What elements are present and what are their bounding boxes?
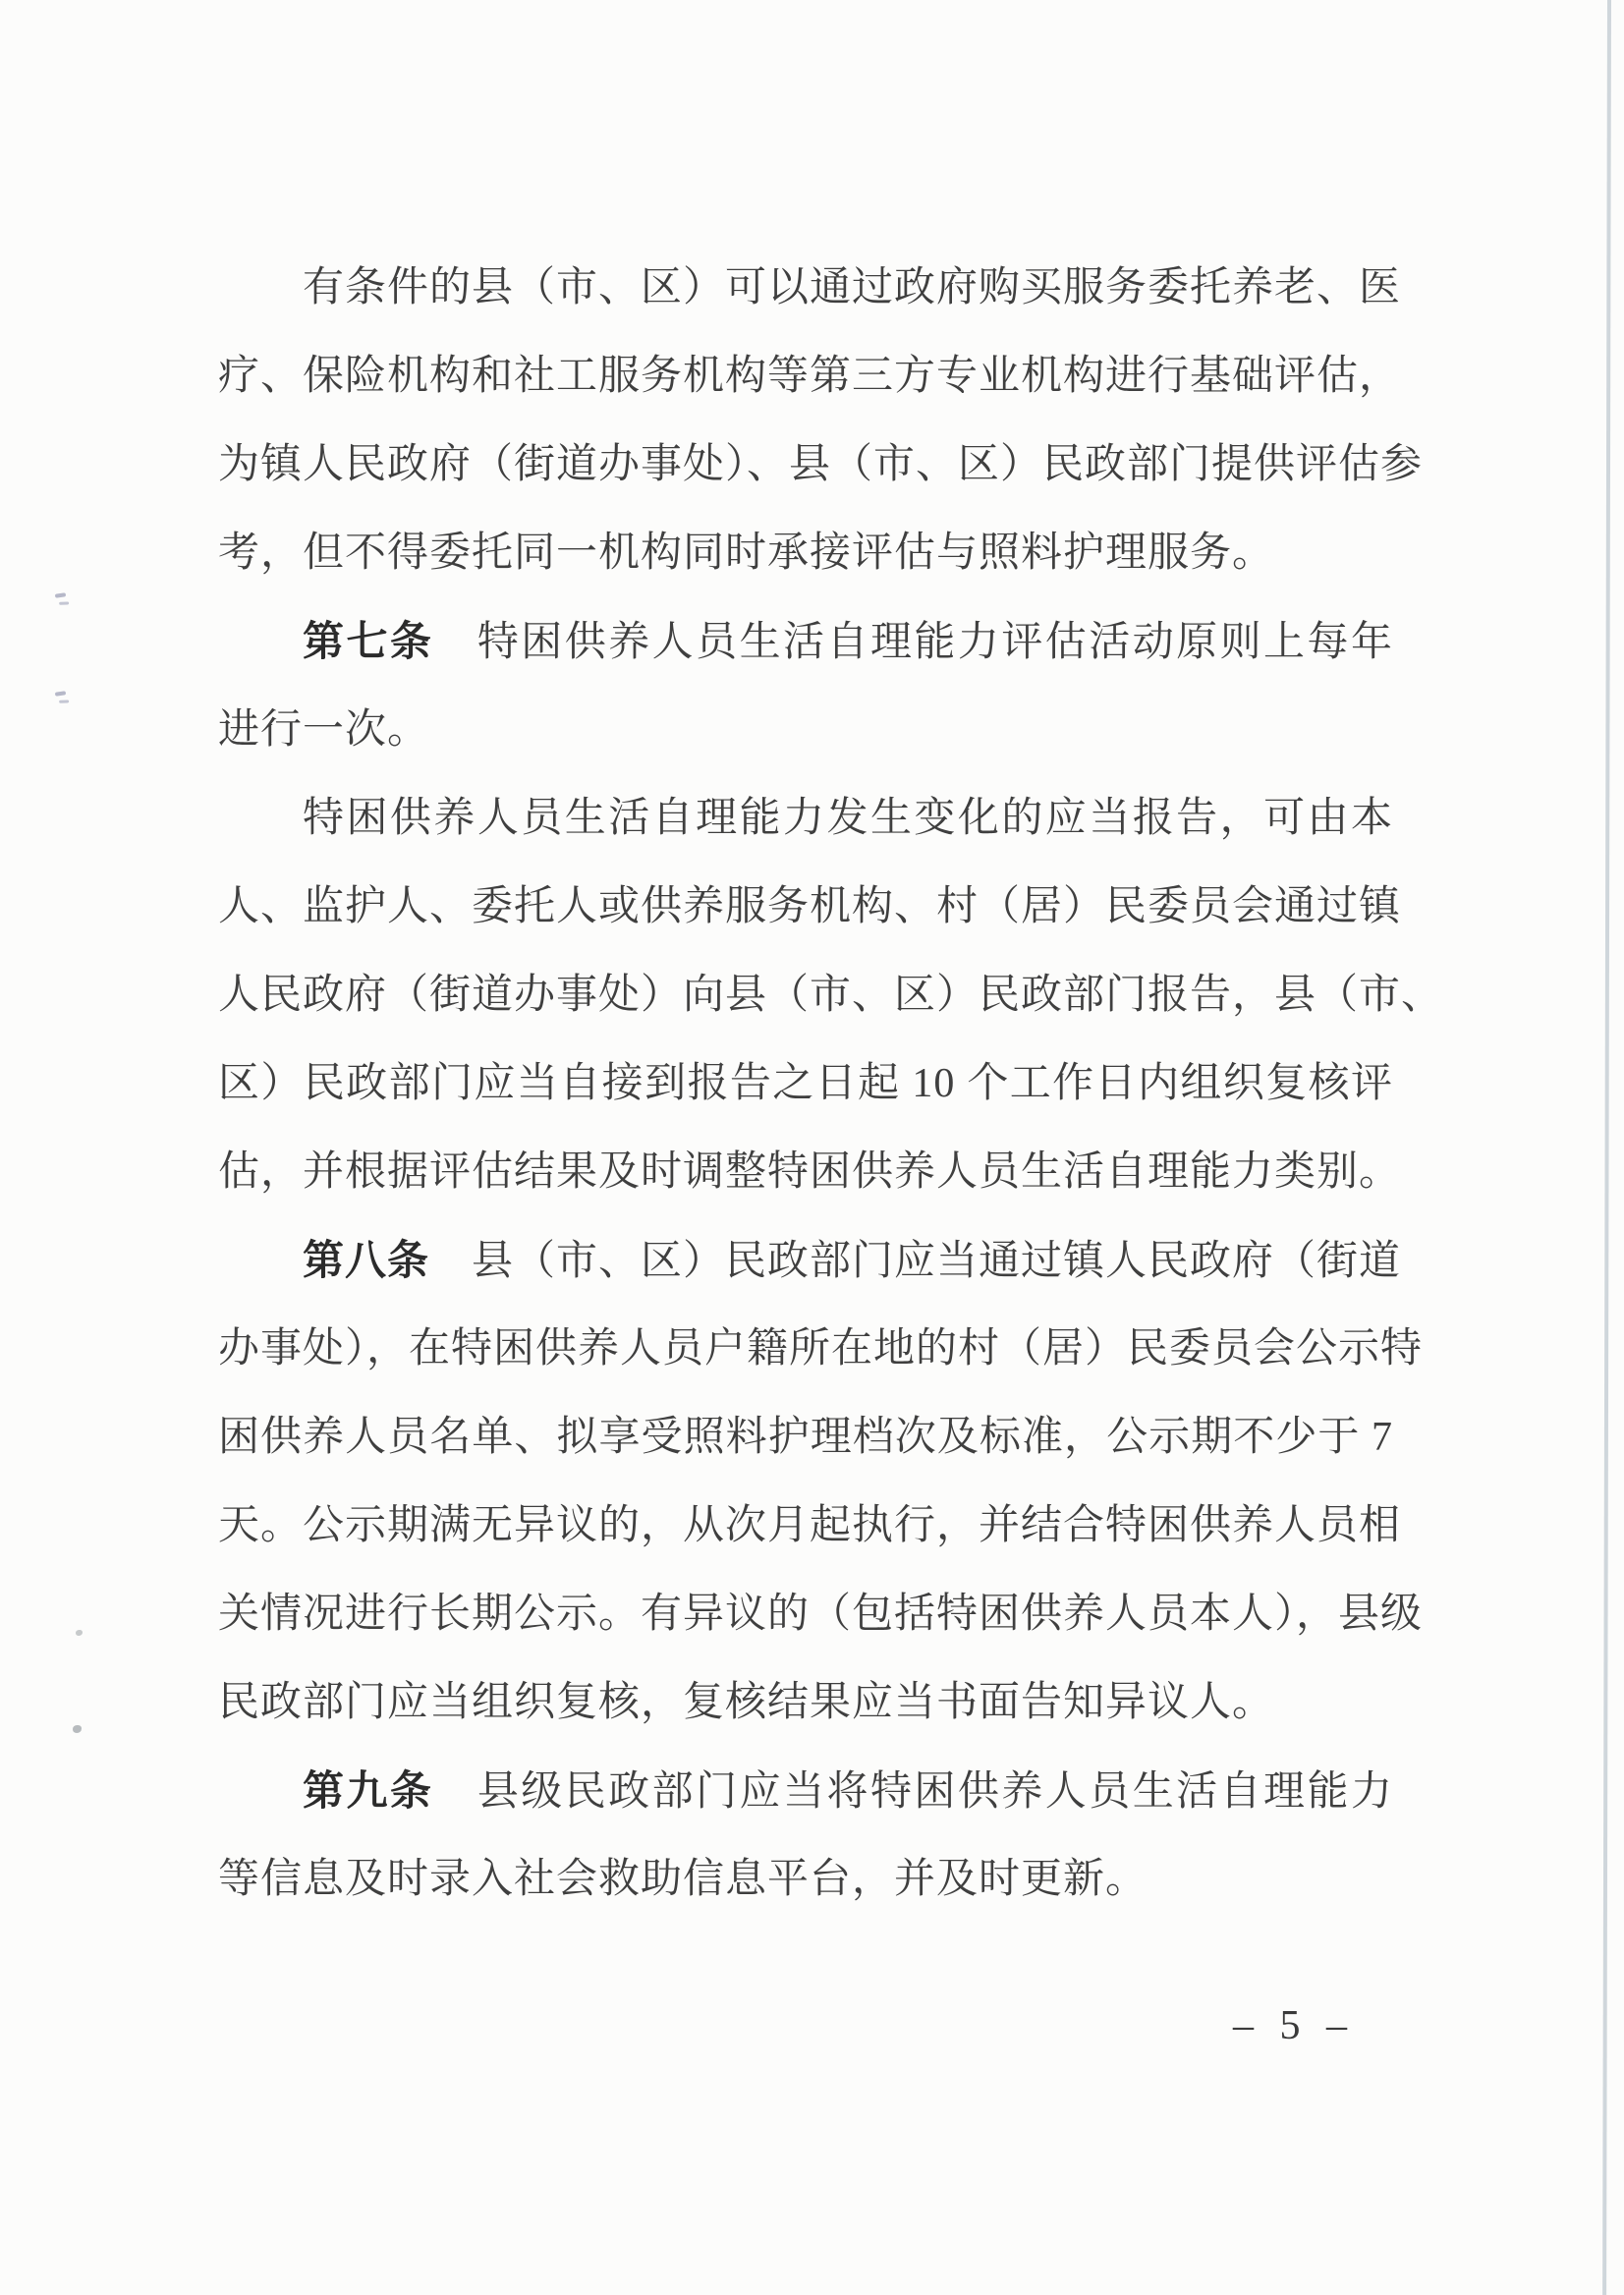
- scan-artifact-speck: [76, 1630, 83, 1636]
- text-line: 天。公示期满无异议的，从次月起执行，并结合特困供养人员相: [218, 1482, 1393, 1570]
- text-line: 有条件的县（市、区）可以通过政府购买服务委托养老、医: [218, 244, 1393, 332]
- text-line: 办事处），在特困供养人员户籍所在地的村（居）民委员会公示特: [218, 1305, 1393, 1393]
- scan-edge-line: [1602, 0, 1611, 2295]
- text-line: 困供养人员名单、拟享受照料护理档次及标准，公示期不少于 7: [218, 1393, 1393, 1482]
- text-line: 为镇人民政府（街道办事处）、县（市、区）民政部门提供评估参: [218, 420, 1393, 509]
- page-number: – 5 –: [1233, 2002, 1349, 2049]
- text-line: 关情况进行长期公示。有异议的（包括特困供养人员本人），县级: [218, 1570, 1393, 1658]
- text-line: 特困供养人员生活自理能力发生变化的应当报告，可由本: [218, 774, 1393, 863]
- text-line: 人、监护人、委托人或供养服务机构、村（居）民委员会通过镇: [218, 863, 1393, 951]
- article-number-label: 第九条: [303, 1767, 433, 1814]
- text-line: 第八条 县（市、区）民政部门应当通过镇人民政府（街道: [218, 1216, 1393, 1305]
- text-line: 第九条 县级民政部门应当将特困供养人员生活自理能力: [218, 1747, 1393, 1835]
- scanned-document-page: 有条件的县（市、区）可以通过政府购买服务委托养老、医疗、保险机构和社工服务机构等…: [0, 0, 1624, 2295]
- text-line: 考，但不得委托同一机构同时承接评估与照料护理服务。: [218, 509, 1393, 597]
- scan-artifact-speck: [73, 1725, 82, 1733]
- text-line: 疗、保险机构和社工服务机构等第三方专业机构进行基础评估，: [218, 332, 1393, 420]
- text-line: 进行一次。: [218, 686, 1393, 774]
- text-line: 人民政府（街道办事处）向县（市、区）民政部门报告，县（市、: [218, 951, 1393, 1039]
- text-line: 民政部门应当组织复核，复核结果应当书面告知异议人。: [218, 1658, 1393, 1747]
- scan-artifact-mark: [55, 691, 66, 696]
- text-line: 区）民政部门应当自接到报告之日起 10 个工作日内组织复核评: [218, 1039, 1393, 1128]
- article-number-label: 第八条: [303, 1237, 429, 1283]
- document-body: 有条件的县（市、区）可以通过政府购买服务委托养老、医疗、保险机构和社工服务机构等…: [218, 244, 1393, 1924]
- scan-artifact-mark: [55, 592, 66, 597]
- text-line: 第七条 特困供养人员生活自理能力评估活动原则上每年: [218, 597, 1393, 686]
- text-line: 等信息及时录入社会救助信息平台，并及时更新。: [218, 1835, 1393, 1924]
- article-number-label: 第七条: [303, 618, 433, 664]
- text-line: 估，并根据评估结果及时调整特困供养人员生活自理能力类别。: [218, 1128, 1393, 1216]
